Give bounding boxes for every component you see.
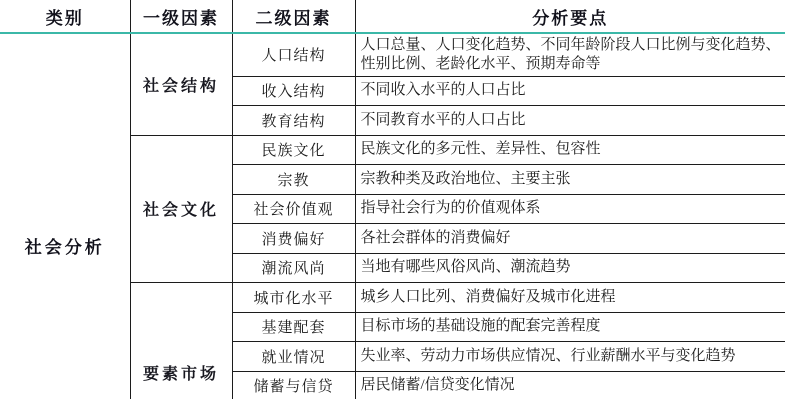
group-cell-social-culture: 社会文化 [130,135,232,283]
points-cell: 不同收入水平的人口占比 [355,76,785,106]
points-cell: 当地有哪些风俗风尚、潮流趋势 [355,253,785,283]
table-row: 社会分析 社会结构 人口结构 人口总量、人口变化趋势、不同年龄阶段人口比例与变化… [0,33,785,76]
social-analysis-table: 类别 一级因素 二级因素 分析要点 社会分析 社会结构 人口结构 人口总量、人口… [0,0,785,399]
factor-cell: 民族文化 [232,135,355,165]
factor-cell: 储蓄与信贷 [232,371,355,399]
header-level1-factor: 一级因素 [130,0,232,33]
factor-cell: 消费偏好 [232,224,355,254]
factor-cell: 城市化水平 [232,283,355,313]
header-row: 类别 一级因素 二级因素 分析要点 [0,0,785,33]
header-category: 类别 [0,0,130,33]
header-level2-factor: 二级因素 [232,0,355,33]
factor-cell: 就业情况 [232,342,355,372]
points-cell: 民族文化的多元性、差异性、包容性 [355,135,785,165]
social-analysis-table-screen: 类别 一级因素 二级因素 分析要点 社会分析 社会结构 人口结构 人口总量、人口… [0,0,785,399]
points-cell: 宗教种类及政治地位、主要主张 [355,165,785,195]
factor-cell: 人口结构 [232,33,355,76]
factor-cell: 宗教 [232,165,355,195]
points-cell: 失业率、劳动力市场供应情况、行业薪酬水平与变化趋势 [355,342,785,372]
points-cell: 居民储蓄/信贷变化情况 [355,371,785,399]
factor-cell: 社会价值观 [232,194,355,224]
points-cell: 城乡人口比列、消费偏好及城市化进程 [355,283,785,313]
factor-cell: 收入结构 [232,76,355,106]
factor-cell: 潮流风尚 [232,253,355,283]
points-cell: 各社会群体的消费偏好 [355,224,785,254]
header-analysis-points: 分析要点 [355,0,785,33]
factor-cell: 基建配套 [232,312,355,342]
points-cell: 人口总量、人口变化趋势、不同年龄阶段人口比例与变化趋势、性别比例、老龄化水平、预… [355,33,785,76]
points-cell: 指导社会行为的价值观体系 [355,194,785,224]
category-cell: 社会分析 [0,33,130,399]
points-cell: 不同教育水平的人口占比 [355,106,785,136]
points-cell: 目标市场的基础设施的配套完善程度 [355,312,785,342]
factor-cell: 教育结构 [232,106,355,136]
group-cell-factor-market: 要素市场 [130,283,232,399]
group-cell-social-structure: 社会结构 [130,33,232,135]
